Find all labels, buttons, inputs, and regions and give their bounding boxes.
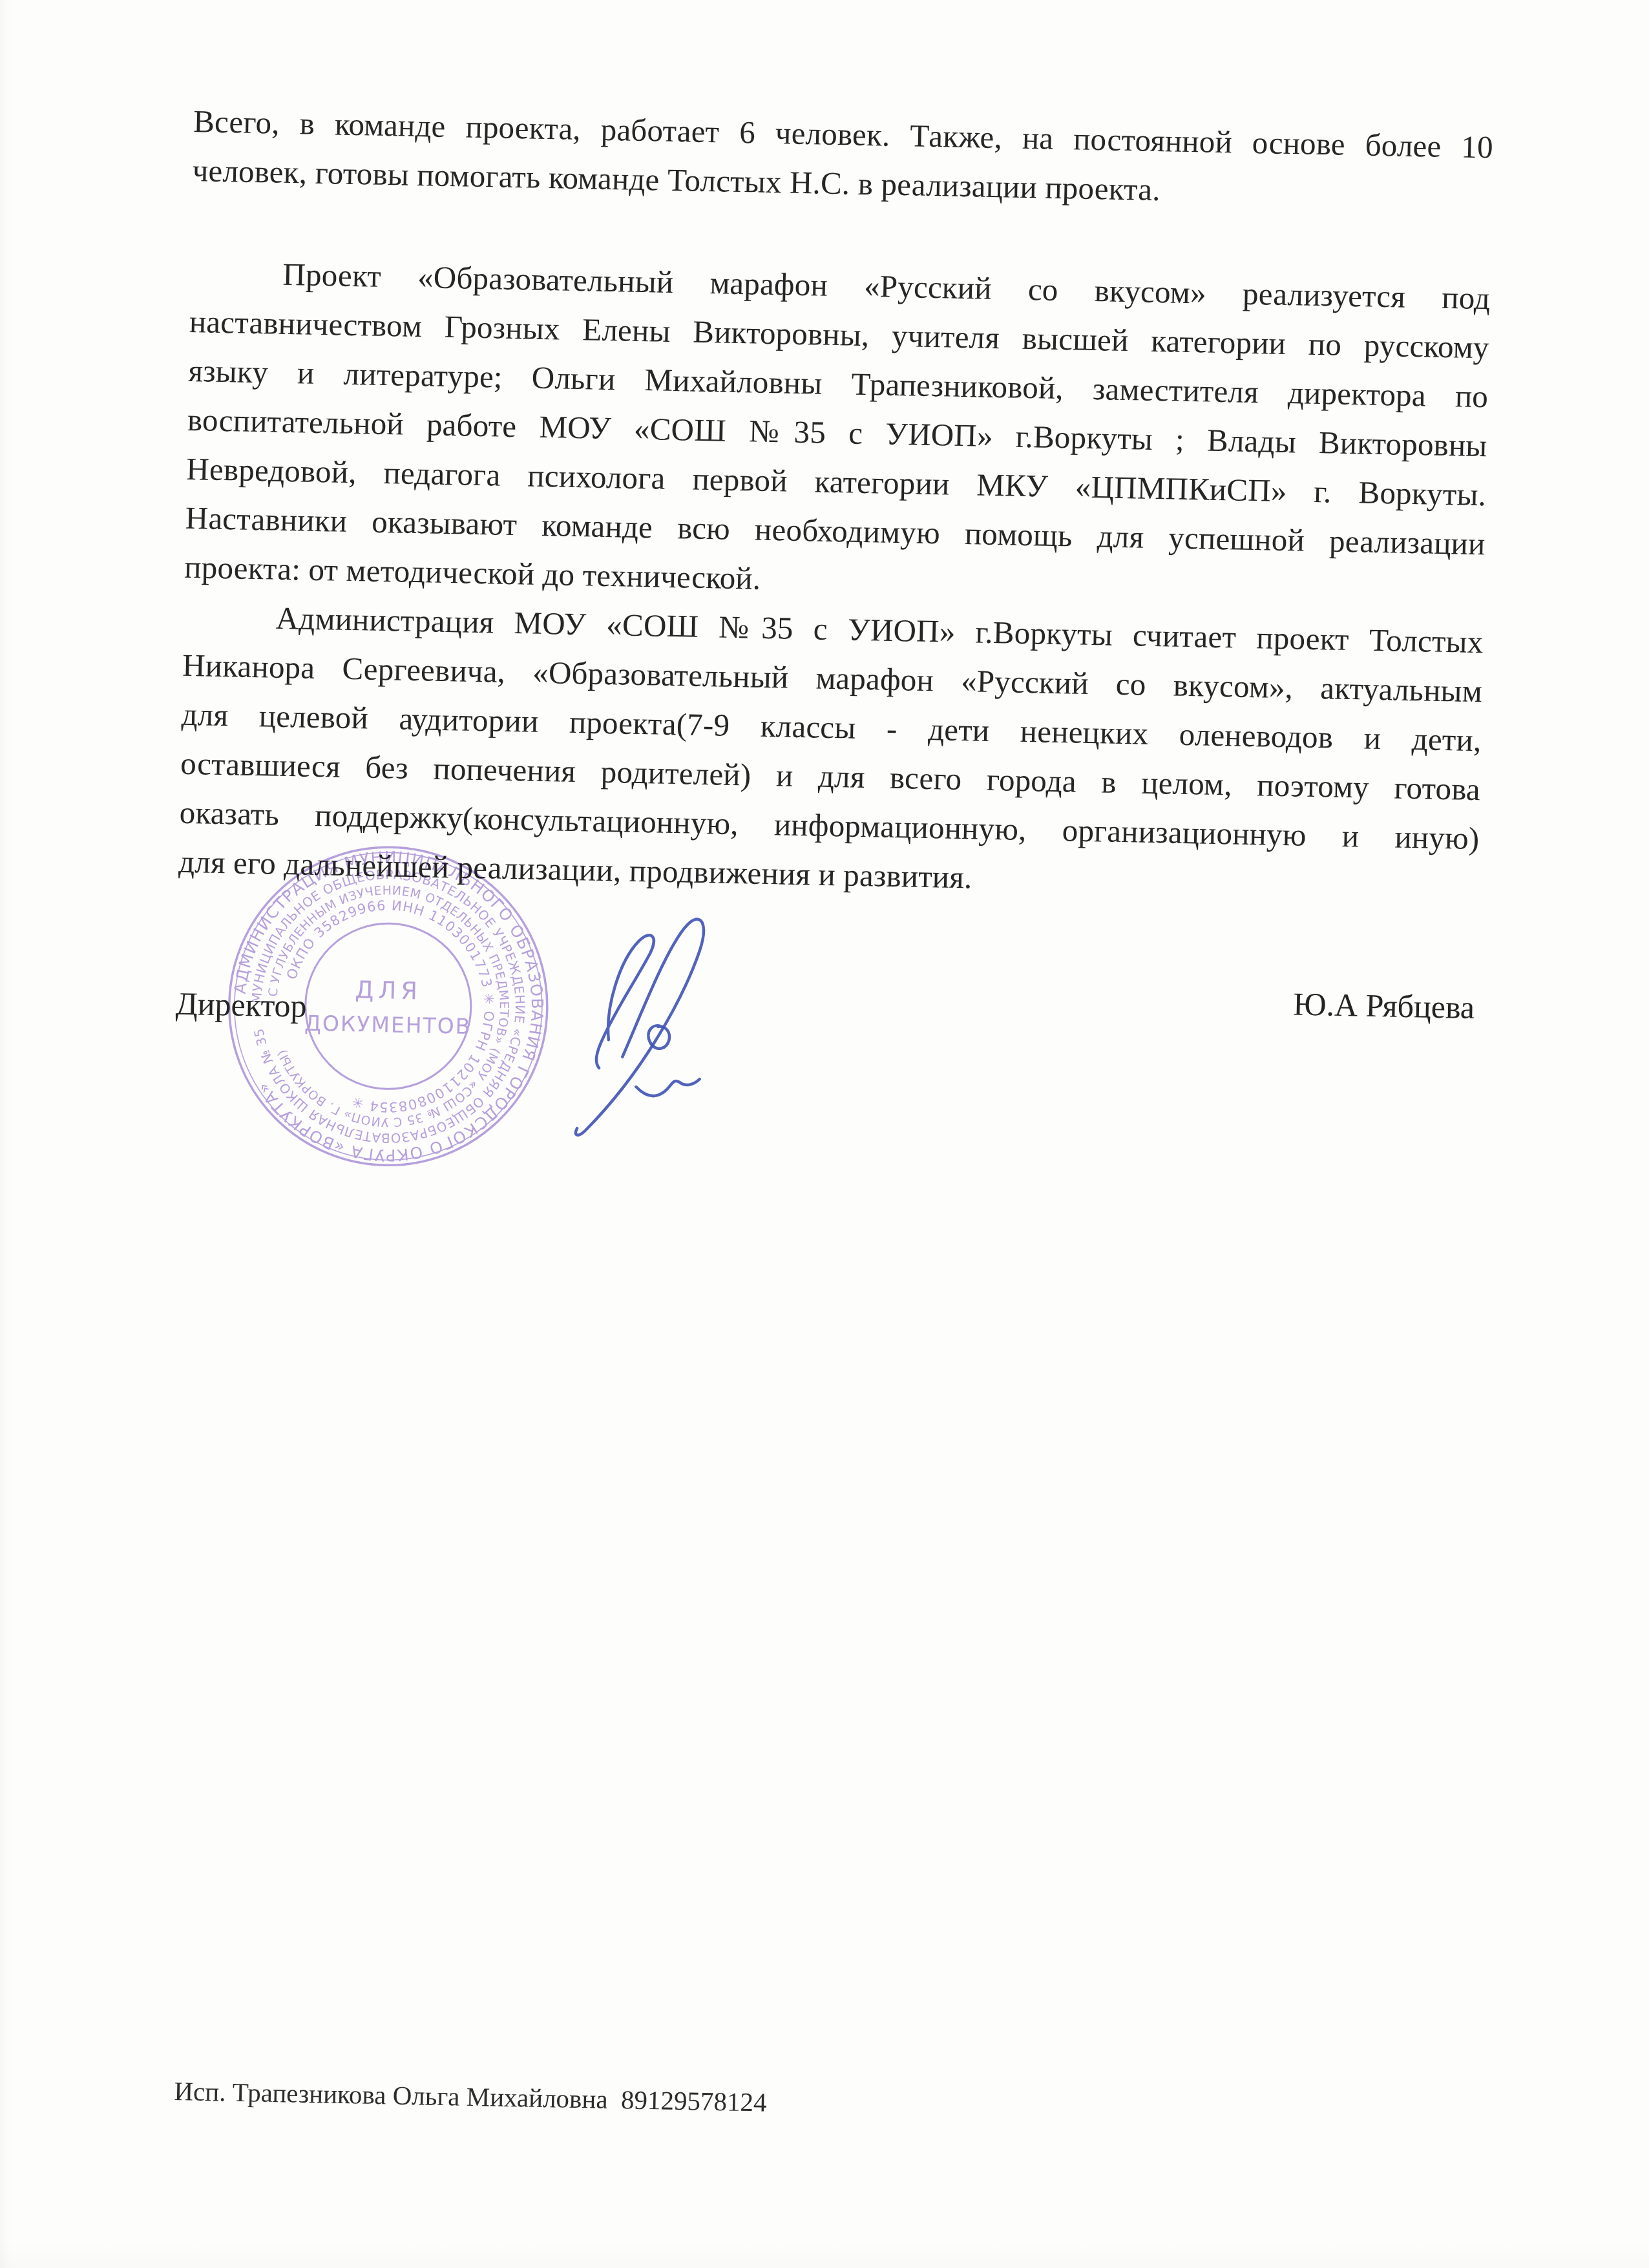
signature-ink xyxy=(525,903,737,1152)
stamp-center-line2: ДОКУМЕНТОВ xyxy=(304,1011,472,1039)
executor-line: Исп. Трапезникова Ольга Михайловна 89129… xyxy=(174,2075,767,2118)
director-label: Директор xyxy=(175,985,307,1025)
stamp-center-line1: ДЛЯ xyxy=(355,976,422,1005)
scanned-letter-page: Всего, в команде проекта, работает 6 чел… xyxy=(0,0,1649,2268)
signature-stroke-2 xyxy=(576,917,704,1137)
letter-body: Всего, в команде проекта, работает 6 чел… xyxy=(171,97,1494,1248)
signer-name: Ю.А Рябцева xyxy=(1293,985,1475,1026)
paragraph: Проект «Образовательный марафон «Русский… xyxy=(184,248,1491,618)
signature-block: АДМИНИСТРАЦИЯ МУНИЦИПАЛЬНОГО ОБРАЗОВАНИЯ… xyxy=(171,887,1478,1248)
paragraph: Всего, в команде проекта, работает 6 чел… xyxy=(192,97,1494,221)
document-paragraphs: Всего, в команде проекта, работает 6 чел… xyxy=(178,97,1493,912)
stamp-center-circle xyxy=(304,922,472,1091)
signature-stroke-4 xyxy=(636,1078,700,1097)
